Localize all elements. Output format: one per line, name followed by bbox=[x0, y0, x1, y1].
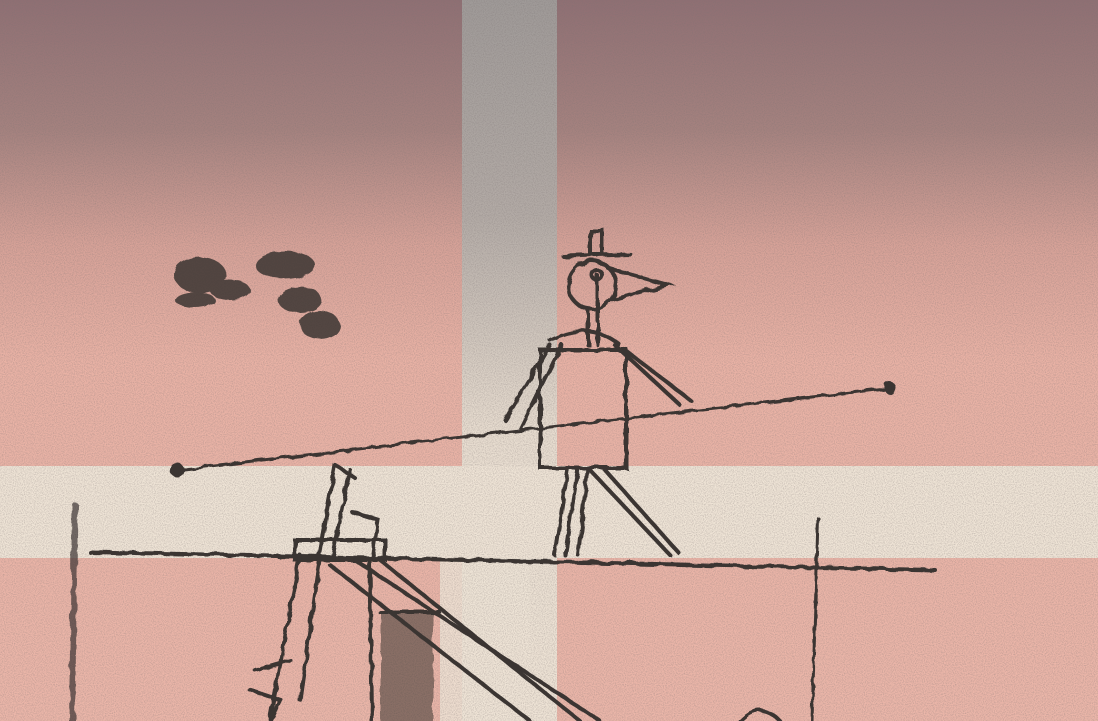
artwork-svg bbox=[0, 0, 1098, 721]
grain-texture bbox=[0, 0, 1098, 721]
artwork-canvas bbox=[0, 0, 1098, 721]
